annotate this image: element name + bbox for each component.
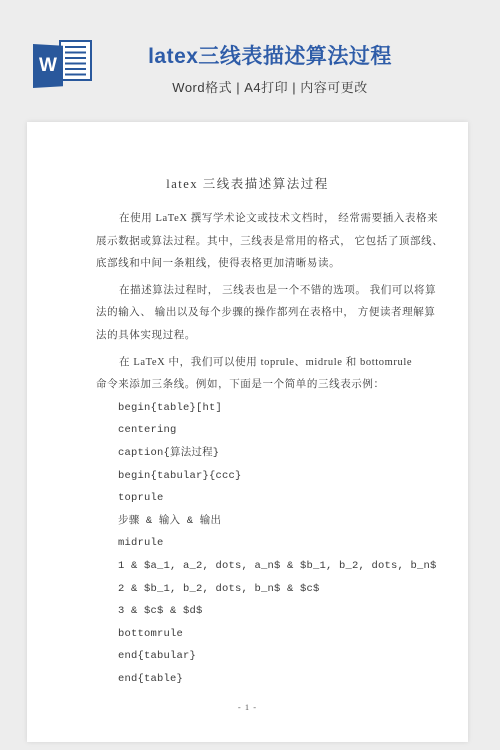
code-line: 3 & $c$ & $d$: [96, 600, 438, 623]
paragraph-line: 在 LaTeX 中，我们可以使用 toprule、midrule 和 botto…: [96, 352, 438, 375]
code-line: centering: [96, 419, 438, 442]
document-page-preview: latex 三线表描述算法过程 在使用 LaTeX 撰写学术论文或技术文档时， …: [27, 122, 468, 742]
code-line: bottomrule: [96, 623, 438, 646]
paragraph-line: 在描述算法过程时， 三线表也是一个不错的选项。 我们可以将算: [96, 280, 438, 303]
code-line: 步骤 & 输入 & 输出: [96, 510, 438, 533]
paragraph-line: 命令来添加三条线。例如，下面是一个简单的三线表示例：: [96, 374, 438, 397]
paragraph-line: 法的具体实现过程。: [96, 325, 438, 348]
paragraph-line: 在使用 LaTeX 撰写学术论文或技术文档时， 经常需要插入表格来: [96, 208, 438, 231]
code-line: begin{tabular}{ccc}: [96, 465, 438, 488]
code-line: caption{算法过程}: [96, 442, 438, 465]
document-title: latex 三线表描述算法过程: [27, 122, 468, 192]
paragraph-line: 展示数据或算法过程。其中，三线表是常用的格式， 它包括了顶部线、: [96, 231, 438, 254]
code-line: end{table}: [96, 668, 438, 691]
code-line: midrule: [96, 532, 438, 555]
page-subtitle: Word格式 | A4打印 | 内容可更改: [40, 77, 500, 96]
header: W latex三线表描述算法过程 Word格式 | A4打印 | 内容可更改: [0, 0, 500, 122]
page-number: - 1 -: [27, 702, 468, 712]
page-title: latex三线表描述算法过程: [40, 43, 500, 71]
code-line: end{tabular}: [96, 645, 438, 668]
code-line: begin{table}[ht]: [96, 397, 438, 420]
code-line: toprule: [96, 487, 438, 510]
paragraph-line: 法的输入、 输出以及每个步骤的操作都列在表格中， 方便读者理解算: [96, 302, 438, 325]
paragraph-line: 底部线和中间一条粗线，使得表格更加清晰易读。: [96, 253, 438, 276]
code-line: 2 & $b_1, b_2, dots, b_n$ & $c$: [96, 578, 438, 601]
header-text: latex三线表描述算法过程 Word格式 | A4打印 | 内容可更改: [40, 43, 500, 96]
code-line: 1 & $a_1, a_2, dots, a_n$ & $b_1, b_2, d…: [96, 555, 438, 578]
document-body: 在使用 LaTeX 撰写学术论文或技术文档时， 经常需要插入表格来 展示数据或算…: [27, 208, 468, 690]
